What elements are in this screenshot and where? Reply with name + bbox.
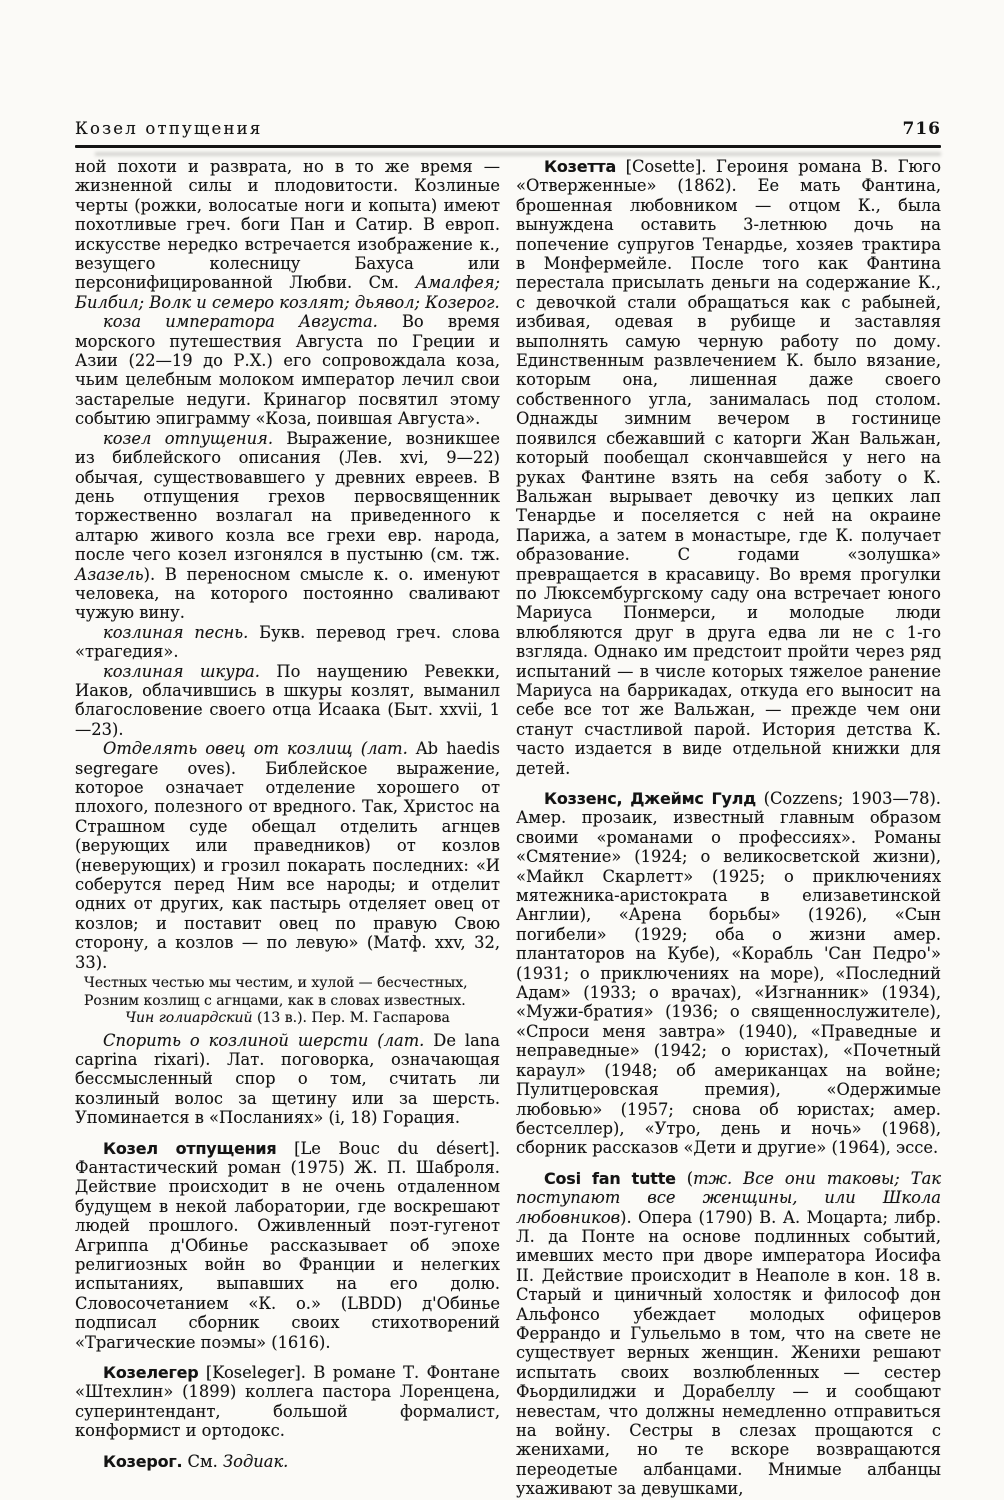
subentry-kozlinaya-shkura: козлиная шкура. По наущению Ревекки, Иак… [75,662,500,740]
headword: Козерог. [103,1452,182,1471]
italic-text: Отделять овец от козлищ (лат. [103,739,408,758]
running-title: Козел отпущения [75,119,262,138]
header-rule [75,145,941,148]
italic-text: козлиная песнь. [103,623,248,642]
left-column: ной похоти и разврата, но в то же время … [75,157,500,1499]
body-text: (Cozzens; 1903—78). Амер. прозаик, извес… [516,789,941,1157]
entry-kozzens: Коззенс, Джеймс Гулд (Cozzens; 1903—78).… [516,789,941,1158]
headword: Козел отпущения [103,1139,276,1158]
subentry-koza-imperatora-avgusta: коза императора Августа. Во время морско… [75,312,500,428]
italic-text: козел отпущения. [103,429,273,448]
verse-attribution: Чин голиардский (13 в.). Пер. М. Гаспаро… [75,1010,500,1028]
italic-text: Зодиак. [223,1452,288,1471]
subentry-kozel-otpushcheniya-idiom: козел отпущения. Выражение, возникшее из… [75,429,500,623]
verse-line: Честных честью мы честим, и хулой — бесч… [75,975,500,993]
body-text: Выражение, возникшее из библейского опис… [75,429,500,564]
body-text: Ab haedis segregare oves). Библейское вы… [75,739,500,971]
italic-text: Спорить о козлиной шерсти (лат. [103,1031,424,1050]
body-text: [Cosette]. Героиня романа В. Гюго «Отвер… [516,157,941,778]
body-text: ). Опера (1790) В. А. Моцарта; либр. Л. … [516,1208,941,1499]
headword: Коззенс, Джеймс Гулд [544,789,756,808]
subentry-kozlinaya-pesn: козлиная песнь. Букв. перевод греч. слов… [75,623,500,662]
page-number: 716 [903,119,942,139]
body-text: ( [676,1169,693,1188]
entry-kozetta: Козетта [Cosette]. Героиня романа В. Гюг… [516,157,941,778]
subentry-sporit-o-kozlinoy-shersti: Спорить о козлиной шерсти (лат. De lana … [75,1031,500,1128]
encyclopedia-page: Козел отпущения 716 ной похоти и разврат… [0,0,1004,1500]
text-columns: ной похоти и разврата, но в то же время … [75,157,941,1499]
entry-kozel-otpushcheniya-novel: Козел отпущения [Le Bouc du désert]. Фан… [75,1139,500,1352]
italic-text: козлиная шкура. [103,662,260,681]
headword: Cosi fan tutte [544,1169,676,1188]
page-header: Козел отпущения 716 [75,119,941,139]
header-rule-scan-shadow [95,152,941,156]
entry-kozeleger: Козелегер [Koseleger]. В романе Т. Фонта… [75,1363,500,1441]
headword: Козетта [544,157,616,176]
headword: Козелегер [103,1363,198,1382]
body-text: [Le Bouc du désert]. Фантастический рома… [75,1139,500,1352]
body-text: ной похоти и разврата, но в то же время … [75,157,500,292]
italic-text: Азазель [75,565,144,584]
body-text: Розним козлищ с агнцами, как в словах из… [84,993,466,1009]
entry-cosi-fan-tutte: Cosi fan tutte (тж. Все они таковы; Так … [516,1169,941,1499]
body-text: (13 в.). Пер. М. Гаспарова [253,1010,450,1026]
continuation-paragraph: ной похоти и разврата, но в то же время … [75,157,500,312]
verse-line: Розним козлищ с агнцами, как в словах из… [75,993,500,1011]
right-column: Козетта [Cosette]. Героиня романа В. Гюг… [516,157,941,1499]
goliard-verse: Честных честью мы честим, и хулой — бесч… [75,975,500,1028]
entry-kozerog: Козерог. См. Зодиак. [75,1452,500,1471]
body-text: Честных честью мы честим, и хулой — бесч… [84,975,468,991]
subentry-otdelyat-ovets-ot-kozlishch: Отделять овец от козлищ (лат. Ab haedis … [75,739,500,972]
italic-text: коза императора Августа. [103,312,378,331]
italic-text: Чин голиардский [125,1010,252,1026]
body-text: См. [182,1452,223,1471]
